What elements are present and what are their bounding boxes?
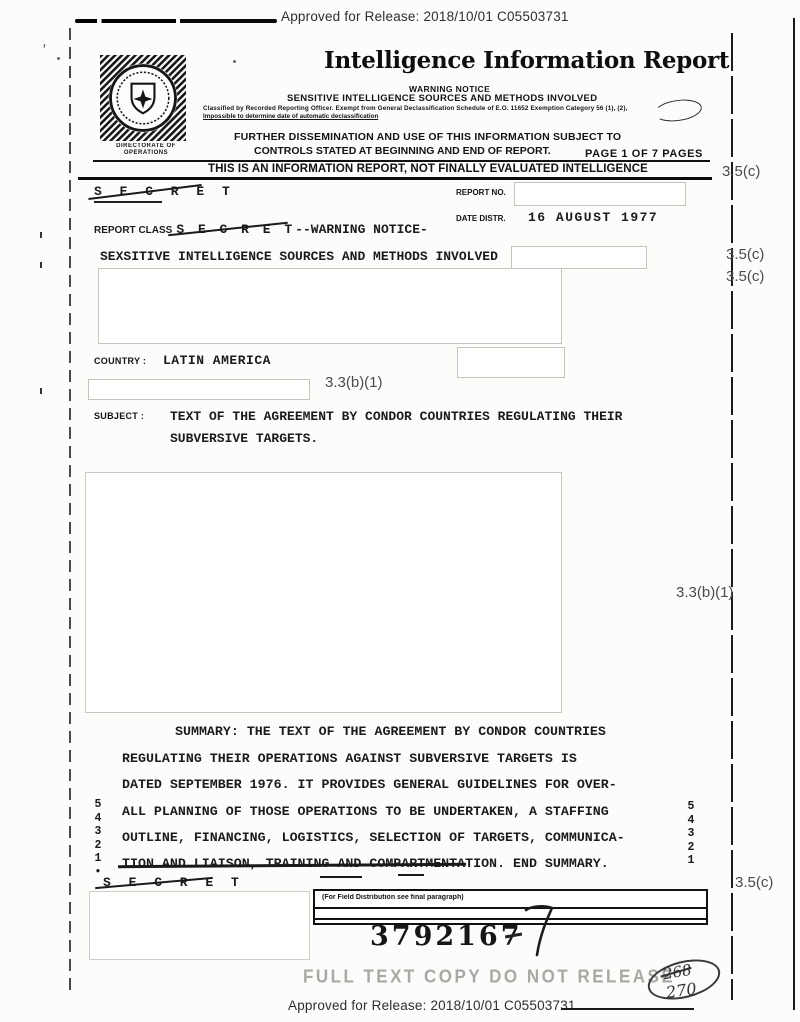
summary-line: ALL PLANNING OF THOSE OPERATIONS TO BE U… xyxy=(122,804,609,819)
summary-line: SUMMARY: THE TEXT OF THE AGREEMENT BY CO… xyxy=(175,724,606,739)
redaction-box-country xyxy=(457,347,565,378)
redaction-box-bottom-left xyxy=(89,891,310,960)
declass-code-35c-bottom: 3.5(c) xyxy=(735,874,773,891)
secret-text: S E C R E T xyxy=(94,184,235,199)
redaction-box-left xyxy=(88,379,310,400)
dissemination-line2: CONTROLS STATED AT BEGINNING AND END OF … xyxy=(254,145,551,157)
seal-caption: DIRECTORATE OF OPERATIONS xyxy=(104,143,188,157)
page-count: PAGE 1 OF 7 PAGES xyxy=(585,148,703,160)
margin-number: 2 xyxy=(92,839,104,853)
horizontal-rule xyxy=(93,160,710,162)
redaction-box-small xyxy=(511,246,647,269)
scanned-document-page: Approved for Release: 2018/10/01 C055037… xyxy=(0,0,800,1022)
scan-artifact: , xyxy=(42,33,49,50)
margin-number: 1 xyxy=(92,852,104,866)
country-value: LATIN AMERICA xyxy=(163,353,271,368)
date-distr-label: DATE DISTR. xyxy=(456,214,506,223)
report-class-label: REPORT CLASS xyxy=(94,225,172,236)
secret-marking-bottom: S E C R E T xyxy=(103,875,244,890)
secret-marking-top: S E C R E T xyxy=(94,184,235,199)
underline-mark xyxy=(94,201,162,203)
date-distr-value: 16 AUGUST 1977 xyxy=(528,210,658,225)
report-no-label: REPORT NO. xyxy=(456,188,506,197)
left-margin-line xyxy=(69,28,71,990)
redaction-box-large-2 xyxy=(85,472,562,713)
handwritten-number: 270 xyxy=(665,979,698,1002)
horizontal-rule xyxy=(315,907,706,909)
document-title: Intelligence Information Report xyxy=(324,47,729,74)
scan-artifact xyxy=(40,388,42,394)
scan-artifact xyxy=(40,262,42,268)
margin-number: 4 xyxy=(685,814,697,828)
document-number-stamp: 3792167 xyxy=(370,921,523,952)
horizontal-rule xyxy=(315,918,706,920)
declass-code-35c-3: 3.5(c) xyxy=(726,268,764,285)
summary-line: REGULATING THEIR OPERATIONS AGAINST SUBV… xyxy=(122,751,577,766)
declass-code-35c-1: 3.5(c) xyxy=(722,163,760,180)
handwritten-seven xyxy=(521,903,557,959)
dissemination-line1: FURTHER DISSEMINATION AND USE OF THIS IN… xyxy=(234,131,621,143)
scan-artifact xyxy=(233,60,236,63)
top-marker-line xyxy=(75,19,277,23)
classification-fine-print-line1: Classified by Recorded Reporting Officer… xyxy=(203,105,627,112)
subject-line2: SUBVERSIVE TARGETS. xyxy=(170,431,318,446)
release-annotation-top: Approved for Release: 2018/10/01 C055037… xyxy=(281,9,569,24)
report-class-suffix: --WARNING NOTICE- xyxy=(295,222,428,237)
report-class-line: REPORT CLASSS E C R E T--WARNING NOTICE- xyxy=(94,222,428,237)
horizontal-rule-thick xyxy=(78,177,712,180)
report-class-secret: S E C R E T xyxy=(176,222,295,237)
right-margin-numbers: 5 4 3 2 1 xyxy=(685,800,697,868)
margin-number: 3 xyxy=(92,825,104,839)
subject-label: SUBJECT : xyxy=(94,411,144,421)
field-distribution-note: (For Field Distribution see final paragr… xyxy=(322,894,464,901)
redaction-box-report-no xyxy=(514,182,686,206)
redaction-box-large-1 xyxy=(98,268,562,344)
field-distribution-box: (For Field Distribution see final paragr… xyxy=(313,889,708,925)
declass-code-33b1-left: 3.3(b)(1) xyxy=(325,374,383,391)
declass-code-33b1-right: 3.3(b)(1) xyxy=(676,584,734,601)
left-margin-numbers: 5 4 3 2 1 • xyxy=(92,798,104,880)
margin-number: 3 xyxy=(685,827,697,841)
release-annotation-bottom: Approved for Release: 2018/10/01 C055037… xyxy=(288,998,576,1013)
summary-line: OUTLINE, FINANCING, LOGISTICS, SELECTION… xyxy=(122,830,625,845)
summary-line: DATED SEPTEMBER 1976. IT PROVIDES GENERA… xyxy=(122,777,617,792)
handwritten-circle-mark xyxy=(653,97,703,124)
bottom-marker-line xyxy=(561,1008,694,1010)
subject-line1: TEXT OF THE AGREEMENT BY CONDOR COUNTRIE… xyxy=(170,409,622,424)
country-label: COUNTRY : xyxy=(94,356,146,366)
sensitive-methods-line: SEXSITIVE INTELLIGENCE SOURCES AND METHO… xyxy=(100,249,498,264)
declass-code-35c-2: 3.5(c) xyxy=(726,246,764,263)
information-report-banner: THIS IS AN INFORMATION REPORT, NOT FINAL… xyxy=(208,163,648,175)
right-edge-line xyxy=(793,18,795,1010)
secret-text: S E C R E T xyxy=(103,875,244,890)
classification-fine-print-line2: Impossible to determine date of automati… xyxy=(203,113,378,120)
warning-notice-subtitle: SENSITIVE INTELLIGENCE SOURCES AND METHO… xyxy=(287,93,597,104)
scan-artifact xyxy=(57,57,60,60)
scan-artifact xyxy=(40,232,42,238)
margin-number: 2 xyxy=(685,841,697,855)
margin-number: 4 xyxy=(92,812,104,826)
cia-seal-icon xyxy=(100,55,186,141)
margin-number: 5 xyxy=(92,798,104,812)
underline-mark xyxy=(398,874,424,876)
underline-mark xyxy=(320,876,362,878)
full-text-copy-stamp: FULL TEXT COPY DO NOT RELEASE xyxy=(303,966,675,988)
margin-number: 1 xyxy=(685,854,697,868)
margin-number: 5 xyxy=(685,800,697,814)
